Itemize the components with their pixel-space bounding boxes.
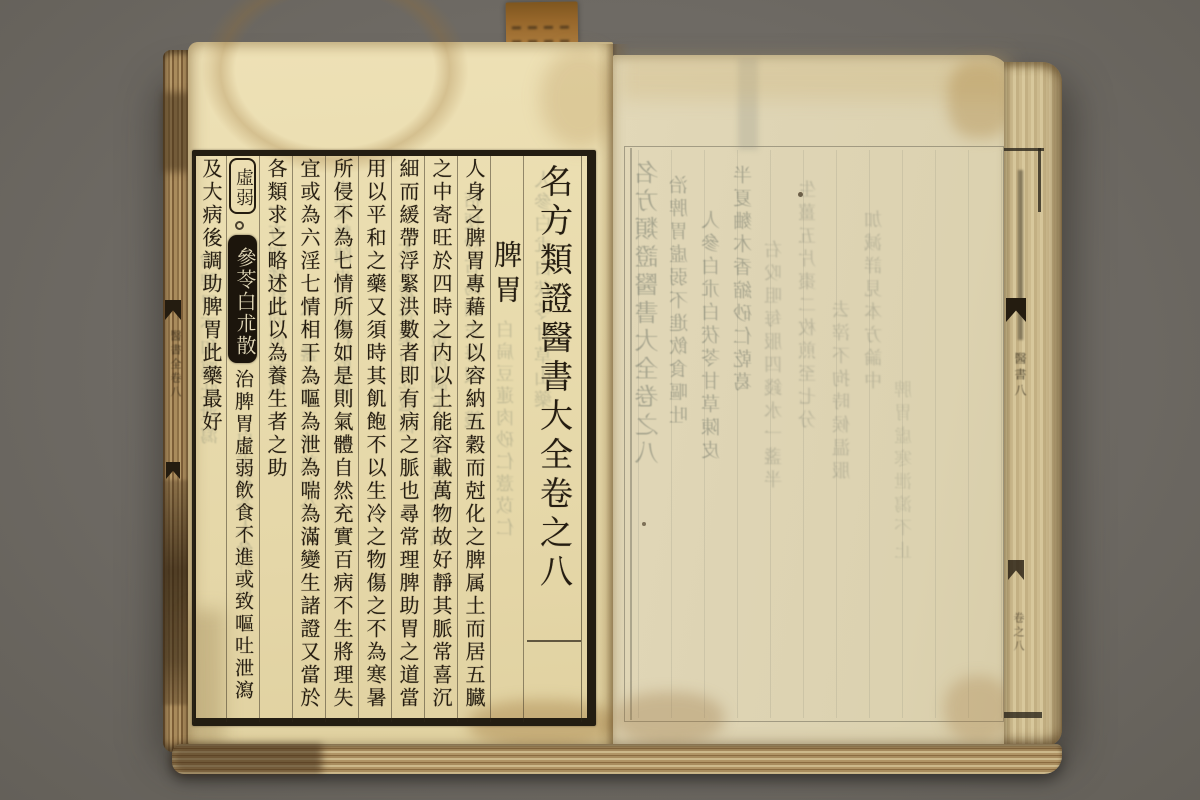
right-fore-edge-label: 醫書八	[1012, 352, 1029, 400]
right-fore-edge-label-2: 卷之八	[1010, 612, 1026, 654]
body-column: 人身之脾胃專藉之以容納五穀而尅化之脾属土而居五臓	[457, 156, 490, 722]
body-column: 各類求之略述此以為養生者之助	[259, 156, 292, 722]
edge-rule-mark	[1004, 712, 1042, 718]
body-column: 所侵不為七情所傷如是則氣體自然充實百病不生將理失	[325, 156, 358, 722]
prescription-name-cartouche: 參苓白朮散	[228, 235, 257, 363]
prescription-entry-column: 虛弱 參苓白朮散 治脾胃虛弱飲食不進或致嘔吐泄瀉	[226, 158, 259, 720]
left-edge-stain	[163, 92, 190, 172]
right-page-faint-rules	[626, 150, 1002, 718]
indication-continuation: 及大病後調助脾胃此藥最好	[196, 156, 226, 722]
right-page-fold-line	[630, 148, 632, 720]
body-column: 宜或為六淫七情相干為嘔為泄為喘為滿變生諸證又當於	[292, 156, 325, 722]
tab-ink-mark	[512, 26, 572, 30]
photo-canvas: 醫書全卷八 治脾胃不和嘔吐泄瀉 白朮茯苓人參甘草 一方加橘紅同煎温服 水一盞生薑…	[0, 0, 1200, 800]
volume-title: 名方類證醫書大全卷之八	[523, 156, 585, 722]
left-fore-edge-label: 醫書全卷八	[167, 330, 183, 400]
body-column: 細而緩帶浮緊洪數者即有病之脈也尋常理脾助胃之道當	[391, 156, 424, 722]
edge-rule-mark	[1038, 148, 1041, 212]
right-page-top-streak	[738, 58, 758, 150]
category-label-box: 虛弱	[229, 158, 256, 214]
indication-text: 治脾胃虛弱飲食不進或致嘔吐泄瀉	[226, 369, 259, 702]
body-column: 之中寄旺於四時之内以土能容載萬物故好靜其脈常喜沉	[424, 156, 457, 722]
body-column: 用以平和之藥又須時其飢飽不以生冷之物傷之不為寒暑	[358, 156, 391, 722]
section-header: 脾胃	[490, 240, 523, 722]
circle-mark	[235, 221, 244, 230]
bottom-edge-stain	[172, 744, 322, 774]
left-edge-stain	[163, 480, 190, 705]
